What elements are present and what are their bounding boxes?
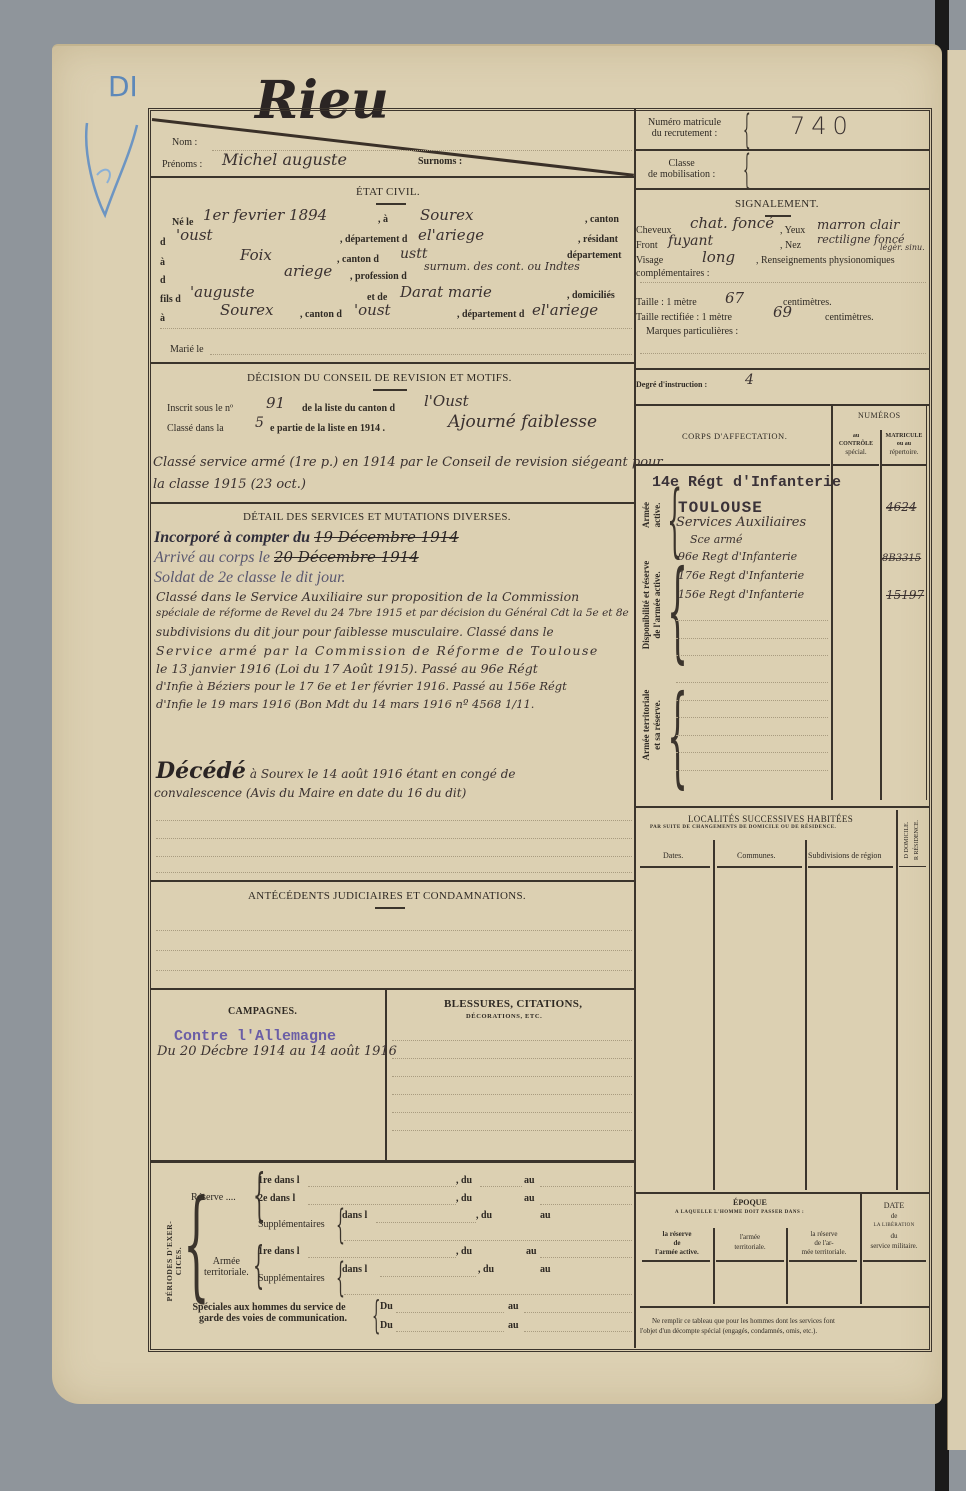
dotted-line xyxy=(160,328,632,329)
visage-label: Visage xyxy=(636,255,663,266)
birth-place-value: Sourex xyxy=(420,206,473,224)
date-liberation-header: DATE de LA LIBÉRATION du service militai… xyxy=(862,1201,926,1251)
localites-col-dates: Dates. xyxy=(663,851,683,860)
canton-label: , canton xyxy=(585,214,619,225)
surnoms-label: Surnoms : xyxy=(418,156,462,167)
departement3-value: el'ariege xyxy=(532,301,598,319)
reserve-1-label: 1re dans l xyxy=(258,1175,300,1186)
yeux-value: marron clair xyxy=(817,218,899,233)
epoque-col-line: l'armée xyxy=(716,1232,784,1242)
profession-value: surnum. des cont. ou Indtes xyxy=(424,260,580,273)
section-divider xyxy=(863,1260,926,1262)
title-underline xyxy=(375,907,405,909)
section-divider xyxy=(716,1260,784,1262)
inscrit-value: 91 xyxy=(266,394,285,412)
epoque-col-reserve-active: la réserve de l'armée active. xyxy=(644,1230,710,1257)
armee-territoriale-label-2: territoriale. xyxy=(204,1267,249,1278)
stamp-arrive: Arrivé au corps le 20 Décembre 1914 xyxy=(154,548,419,567)
column-divider xyxy=(926,406,927,800)
stamp-regiment: 14e Régt d'Infanterie xyxy=(652,474,841,491)
stamp-incorpore-prefix: Incorporé à compter du xyxy=(154,529,310,546)
ruled-line xyxy=(676,655,828,656)
mother-value: Darat marie xyxy=(400,283,492,301)
epoque-subtitle: A LAQUELLE L'HOMME DOIT PASSER DANS : xyxy=(675,1210,804,1215)
epoque-col-line: territoriale. xyxy=(716,1242,784,1252)
campagnes-dates: Du 20 Décbre 1914 au 14 août 1916 xyxy=(157,1044,397,1059)
prenoms-value: Michel auguste xyxy=(222,150,347,169)
col-matricule-line: répertoire. xyxy=(882,448,926,456)
domicilies-label: , domiciliés xyxy=(567,290,615,301)
disponibilite-label-1: Disponibilité et réserve xyxy=(641,545,652,665)
form-frame xyxy=(148,108,932,1352)
dans-l-label: dans l xyxy=(342,1210,367,1221)
taille-label: Taille : 1 mètre xyxy=(636,297,697,308)
liste-value: l'Oust xyxy=(424,392,469,410)
column-divider xyxy=(713,1228,715,1304)
section-divider xyxy=(636,188,930,190)
col-matricule-header: MATRICULE ou au répertoire. xyxy=(882,432,926,456)
column-divider xyxy=(896,810,898,1190)
campagnes-stamp: Contre l'Allemagne xyxy=(174,1028,336,1045)
brace-icon: { xyxy=(743,110,751,150)
column-divider xyxy=(786,1228,788,1304)
dotted-line xyxy=(540,1257,632,1258)
section-divider xyxy=(642,1260,710,1262)
corps-entry: 176e Regt d'Infanterie xyxy=(678,569,804,582)
section-divider xyxy=(640,1306,930,1308)
date-service: service militaire. xyxy=(862,1241,926,1251)
nez-label: , Nez xyxy=(780,240,801,251)
disponibilite-label: Disponibilité et réserve de l'armée acti… xyxy=(641,545,663,665)
matricule-entry: 15197 xyxy=(886,588,924,602)
column-divider xyxy=(880,430,882,800)
date-liberation: LA LIBÉRATION xyxy=(862,1221,926,1231)
a-label: , à xyxy=(378,214,388,225)
dotted-line xyxy=(344,1294,632,1295)
ruled-line xyxy=(156,838,632,839)
periodes-side-label-2: CICES. xyxy=(174,1216,183,1306)
ruled-line xyxy=(676,735,828,736)
dotted-line xyxy=(396,1312,504,1313)
liste-label: de la liste du canton d xyxy=(302,403,395,414)
fils-label: fils d xyxy=(160,294,181,305)
section-divider xyxy=(882,464,926,466)
canton3-label: , canton d xyxy=(300,309,342,320)
birth-date-value: 1er fevrier 1894 xyxy=(203,206,327,224)
ruled-line xyxy=(676,682,828,683)
dotted-line xyxy=(396,1331,504,1332)
armee-active-label-1: Armée xyxy=(641,485,652,545)
services-line: d'Infie le 19 mars 1916 (Bon Mdt du 14 m… xyxy=(156,697,629,715)
section-divider xyxy=(833,464,879,466)
section-divider xyxy=(640,866,710,868)
epoque-col-reserve-territoriale: la réserve de l'ar- mée territoriale. xyxy=(789,1230,859,1257)
territoriale-label-2: et sa réserve. xyxy=(652,665,663,785)
reserve-label: Réserve .... xyxy=(191,1192,236,1203)
reserve-2-label: 2e dans l xyxy=(258,1193,295,1204)
dotted-line xyxy=(540,1204,632,1205)
column-divider xyxy=(634,108,636,1348)
epoque-col-line: mée territoriale. xyxy=(789,1248,859,1257)
visage-value: long xyxy=(702,248,735,266)
column-divider xyxy=(805,840,807,1190)
classe-label-2: de mobilisation : xyxy=(648,169,715,180)
ruled-line xyxy=(392,1094,632,1095)
au-label: au xyxy=(508,1301,519,1312)
section-divider xyxy=(150,362,634,364)
deces-line1: à Sourex le 14 août 1916 étant en congé … xyxy=(250,767,516,781)
ruled-line xyxy=(676,770,828,771)
stamp-incorpore: Incorporé à compter du 19 Décembre 1914 xyxy=(154,528,459,547)
inscrit-label: Inscrit sous le nº xyxy=(167,403,233,414)
au-label: au xyxy=(508,1320,519,1331)
ruled-line xyxy=(676,620,828,621)
title-underline xyxy=(376,203,406,205)
antecedents-title: ANTÉCÉDENTS JUDICIAIRES ET CONDAMNATIONS… xyxy=(248,890,526,902)
services-line: spéciale de réforme de Revel du 24 7bre … xyxy=(156,607,629,625)
section-divider xyxy=(808,866,893,868)
ruled-line xyxy=(392,1130,632,1131)
section-divider xyxy=(636,1192,930,1194)
speciales-label-2: garde des voies de communication. xyxy=(191,1313,347,1324)
epoque-col-territoriale: l'armée territoriale. xyxy=(716,1232,784,1252)
date-du: du xyxy=(862,1231,926,1241)
marques-label: Marques particulières : xyxy=(646,326,738,337)
au-label: au xyxy=(540,1210,551,1221)
corps-affectation-title: CORPS D'AFFECTATION. xyxy=(682,431,787,441)
blue-pencil-checkmark-icon xyxy=(75,115,155,225)
numeros-title: NUMÉROS xyxy=(858,411,901,420)
dotted-line xyxy=(308,1257,456,1258)
complementaires-label: complémentaires : xyxy=(636,268,710,279)
corps-entry: Services Auxiliaires xyxy=(676,515,806,530)
section-divider xyxy=(150,1160,634,1163)
column-divider xyxy=(385,988,387,1160)
centimetres-label: centimètres. xyxy=(825,312,874,323)
services-line: Classé dans le Service Auxiliaire sur pr… xyxy=(156,589,629,607)
father-value: 'auguste xyxy=(190,283,255,301)
du-label: , du xyxy=(456,1175,472,1186)
decision-note-line2: la classe 1915 (23 oct.) xyxy=(153,477,306,492)
dotted-line xyxy=(524,1312,632,1313)
ruled-line xyxy=(392,1112,632,1113)
canton3-value: 'oust xyxy=(354,301,391,319)
matricule-entry: 4624 xyxy=(886,500,917,514)
corps-entry: Sce armé xyxy=(690,533,742,546)
au-label: au xyxy=(524,1193,535,1204)
campagnes-title: CAMPAGNES. xyxy=(228,1006,297,1017)
dotted-line xyxy=(480,1186,522,1187)
dotted-line xyxy=(308,1204,456,1205)
yeux-label: , Yeux xyxy=(780,225,805,236)
signalement-title: SIGNALEMENT. xyxy=(735,198,819,210)
residence-value: Foix xyxy=(240,246,272,264)
ruled-line xyxy=(156,820,632,821)
ruled-line xyxy=(156,930,632,931)
a2-label: à xyxy=(160,257,165,268)
deces-line2: convalescence (Avis du Maire en date du … xyxy=(154,786,466,800)
matricule-label-2: du recrutement : xyxy=(648,128,721,139)
stamp-arrive-prefix: Arrivé au corps le xyxy=(154,549,270,566)
canton-value: 'oust xyxy=(176,226,213,244)
du-label: , du xyxy=(456,1193,472,1204)
brace-icon: { xyxy=(743,150,751,190)
territoriale-label-1: Armée territoriale xyxy=(641,665,652,785)
ruled-line xyxy=(156,970,632,971)
dotted-line xyxy=(210,354,632,355)
section-divider xyxy=(789,1260,857,1262)
du-label: , du xyxy=(456,1246,472,1257)
epoque-col-line: de xyxy=(644,1239,710,1248)
classe-label-1: Classe xyxy=(648,158,715,169)
stamp-arrive-date: 20 Décembre 1914 xyxy=(274,548,419,566)
dotted-line xyxy=(524,1331,632,1332)
dotted-line xyxy=(540,1186,632,1187)
armee-territoriale-label-1: Armée xyxy=(204,1256,249,1267)
canton2-label: , canton d xyxy=(337,254,379,265)
localites-col-communes: Communes. xyxy=(737,851,775,860)
title-underline xyxy=(373,389,407,391)
du-start-label: Du xyxy=(380,1301,393,1312)
localites-title: LOCALITÉS SUCCESSIVES HABITÉES xyxy=(688,814,853,824)
ruled-line xyxy=(156,872,632,873)
classe-value: 5 xyxy=(255,415,264,431)
prenoms-label: Prénoms : xyxy=(162,159,202,170)
departement-value: el'ariege xyxy=(418,226,484,244)
column-divider xyxy=(713,840,715,1190)
renseignements-label: , Renseignements physionomiques xyxy=(756,255,895,266)
deces-entry: Décédé à Sourex le 14 août 1916 étant en… xyxy=(156,758,516,784)
dans-l-label: dans l xyxy=(342,1264,367,1275)
col-matricule-line: ou au xyxy=(882,440,926,448)
blessures-title: BLESSURES, CITATIONS, xyxy=(444,998,582,1010)
departement-label: , département d xyxy=(340,234,408,245)
ruled-line xyxy=(676,638,828,639)
section-divider xyxy=(899,866,926,867)
services-line: subdivisions du dit jour pour faiblesse … xyxy=(156,625,629,643)
epoque-col-line: de l'ar- xyxy=(789,1239,859,1248)
ruled-line xyxy=(392,1076,632,1077)
ruled-line xyxy=(392,1040,632,1041)
marie-label: Marié le xyxy=(170,344,204,355)
section-divider xyxy=(636,806,930,808)
periodes-side-label-1: PÉRIODES D'EXER- xyxy=(165,1216,174,1306)
decision-title: DÉCISION DU CONSEIL DE REVISION ET MOTIF… xyxy=(247,372,512,384)
brace-icon: { xyxy=(183,1185,210,1305)
epoque-note-line1: Ne remplir ce tableau que pour les homme… xyxy=(652,1317,835,1325)
ruled-line xyxy=(676,700,828,701)
localites-side-labels: D DOMICILE. R RÉSIDENCE. xyxy=(902,810,922,870)
services-line: d'Infie à Béziers pour le 17 6e et 1er f… xyxy=(156,679,629,697)
front-value: fuyant xyxy=(668,233,713,249)
dotted-line xyxy=(308,1186,456,1187)
matricule-label-1: Numéro matricule xyxy=(648,117,721,128)
epoque-note-line2: l'objet d'un décompte spécial (engagés, … xyxy=(640,1327,817,1335)
a3-label: à xyxy=(160,313,165,324)
au-label: au xyxy=(524,1175,535,1186)
decision-note-line1: Classé service armé (1re p.) en 1914 par… xyxy=(153,455,663,470)
supplementaires-label: Supplémentaires xyxy=(258,1273,325,1284)
matricule-entry: 8B3315 xyxy=(882,553,921,564)
section-divider xyxy=(636,368,930,370)
col-controle-line: au xyxy=(836,432,876,440)
epoque-title: ÉPOQUE xyxy=(733,1198,767,1207)
epoque-col-line: l'armée active. xyxy=(644,1248,710,1257)
section-divider xyxy=(150,502,634,504)
corps-entry: 96e Regt d'Infanterie xyxy=(678,550,797,563)
taille-value: 67 xyxy=(725,289,744,307)
section-divider xyxy=(636,149,930,151)
armee-territoriale-label: Armée territoriale. xyxy=(204,1256,249,1278)
dotted-line xyxy=(380,1276,476,1277)
services-line: Service armé par la Commission de Réform… xyxy=(156,643,629,661)
d2-label: d xyxy=(160,275,166,286)
dotted-line xyxy=(344,1240,632,1241)
departement2-value: ariege xyxy=(284,262,332,280)
territoriale-1-label: 1re dans l xyxy=(258,1246,300,1257)
residant-label: , résidant xyxy=(578,234,618,245)
front-label: Front xyxy=(636,240,658,251)
section-divider xyxy=(717,866,802,868)
services-handwritten: Classé dans le Service Auxiliaire sur pr… xyxy=(156,589,629,715)
dotted-line xyxy=(376,1222,476,1223)
epoque-col-line: la réserve xyxy=(644,1230,710,1239)
ruled-line xyxy=(156,950,632,951)
section-divider xyxy=(150,880,634,882)
col-controle-header: au CONTRÔLE spécial. xyxy=(836,432,876,456)
departement3-label: , département d xyxy=(457,309,525,320)
date-title: DATE xyxy=(862,1201,926,1211)
section-divider xyxy=(150,988,634,990)
au-label: au xyxy=(540,1264,551,1275)
ruled-line xyxy=(676,717,828,718)
blessures-subtitle: DÉCORATIONS, ETC. xyxy=(466,1013,542,1020)
domicile-label: D DOMICILE. xyxy=(902,810,912,870)
section-divider xyxy=(636,404,930,406)
parents-place-value: Sourex xyxy=(220,301,273,319)
speciales-label-1: Spéciales aux hommes du service de xyxy=(191,1302,347,1313)
nez-extra-value: légèr. sinu. xyxy=(880,243,925,252)
speciales-label: Spéciales aux hommes du service de garde… xyxy=(191,1302,347,1324)
au-label: au xyxy=(526,1246,537,1257)
corps-entry: 156e Regt d'Infanterie xyxy=(678,588,804,601)
section-divider xyxy=(636,464,830,466)
services-title: DÉTAIL DES SERVICES ET MUTATIONS DIVERSE… xyxy=(243,511,511,523)
epoque-col-line: la réserve xyxy=(789,1230,859,1239)
localites-subtitle: PAR SUITE DE CHANGEMENTS DE DOMICILE OU … xyxy=(650,825,836,830)
next-page-edge xyxy=(947,50,966,1450)
du-label: , du xyxy=(476,1210,492,1221)
stamp-soldat: Soldat de 2e classe le dit jour. xyxy=(154,569,346,587)
classe-label: Classé dans la xyxy=(167,423,224,434)
etat-civil-title: ÉTAT CIVIL. xyxy=(356,186,420,198)
armee-active-label-2: active. xyxy=(652,485,663,545)
dotted-line xyxy=(640,353,926,354)
matricule-label: Numéro matricule du recrutement : xyxy=(648,117,721,139)
blue-pencil-code: DI xyxy=(108,70,138,103)
du-label: , du xyxy=(478,1264,494,1275)
ajourne-value: Ajourné faiblesse xyxy=(448,412,597,432)
periodes-side-label: PÉRIODES D'EXER- CICES. xyxy=(165,1216,183,1306)
partie-label: e partie de la liste en 1914 . xyxy=(270,423,385,434)
degre-instruction-value: 4 xyxy=(745,372,754,388)
classe-mobilisation-label: Classe de mobilisation : xyxy=(648,158,715,180)
armee-active-label: Armée active. xyxy=(641,485,663,545)
nom-label: Nom : xyxy=(172,137,197,148)
taille-rectifiee-label: Taille rectifiée : 1 mètre xyxy=(636,312,732,323)
profession-label: , profession d xyxy=(350,271,407,282)
deces-word: Décédé xyxy=(156,758,246,784)
col-controle-line: spécial. xyxy=(836,448,876,456)
cheveux-value: chat. foncé xyxy=(690,214,774,232)
col-matricule-line: MATRICULE xyxy=(882,432,926,440)
ruled-line xyxy=(392,1058,632,1059)
du-start-label: Du xyxy=(380,1320,393,1331)
date-de: de xyxy=(862,1211,926,1221)
stamp-incorpore-date: 19 Décembre 1914 xyxy=(314,528,459,546)
services-line: le 13 janvier 1916 (Loi du 17 Août 1915)… xyxy=(156,661,629,679)
taille-rectifiee-value: 69 xyxy=(773,303,792,321)
degre-instruction-label: Degré d'instruction : xyxy=(636,380,707,389)
ruled-line xyxy=(156,856,632,857)
matricule-value: 740 xyxy=(790,112,854,140)
ruled-line xyxy=(676,752,828,753)
col-controle-line: CONTRÔLE xyxy=(836,440,876,448)
supplementaires-label: Supplémentaires xyxy=(258,1219,325,1230)
d-label: d xyxy=(160,237,166,248)
cheveux-label: Cheveux xyxy=(636,225,672,236)
localites-col-subdivisions: Subdivisions de région xyxy=(808,851,881,860)
residence-label: R RÉSIDENCE. xyxy=(912,810,922,870)
section-divider xyxy=(150,176,634,178)
territoriale-label: Armée territoriale et sa réserve. xyxy=(641,665,663,785)
dotted-line xyxy=(640,282,926,283)
disponibilite-label-2: de l'armée active. xyxy=(652,545,663,665)
